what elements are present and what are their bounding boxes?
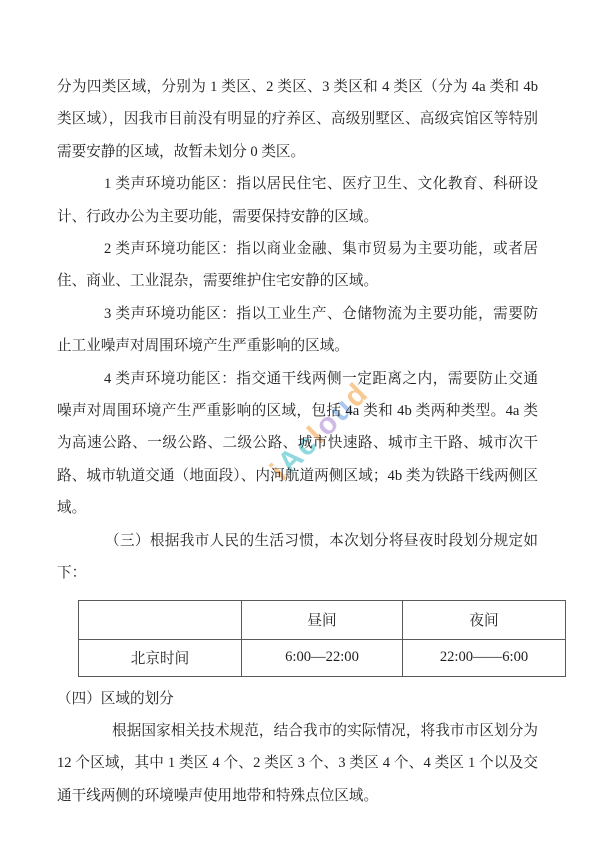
table-header-daytime: 昼间 [242,600,403,639]
paragraph-section-4-heading: （四）区域的划分 [57,683,538,715]
table-cell-beijing-time: 北京时间 [79,639,242,676]
paragraph-zone-overview: 分为四类区域，分别为 1 类区、2 类区、3 类区和 4 类区（分为 4a 类和… [57,71,538,168]
paragraph-section-3-day-night: （三）根据我市人民的生活习惯，本次划分将昼夜时段划分规定如下： [57,525,538,590]
table-header-nighttime: 夜间 [403,600,566,639]
document-page: i A c l o u d 分为四类区域，分别为 1 类区、2 类区、3 类区和… [0,0,595,841]
table-cell-day-range: 6:00—22:00 [242,639,403,676]
document-body: 分为四类区域，分别为 1 类区、2 类区、3 类区和 4 类区（分为 4a 类和… [57,71,538,812]
paragraph-zone-4: 4 类声环境功能区：指交通干线两侧一定距离之内，需要防止交通噪声对周围环境产生严… [57,363,538,525]
paragraph-region-division: 根据国家相关技术规范，结合我市的实际情况，将我市市区划分为 12 个区域，其中 … [57,715,538,812]
table-row: 北京时间 6:00—22:00 22:00——6:00 [79,639,566,676]
paragraph-zone-1: 1 类声环境功能区：指以居民住宅、医疗卫生、文化教育、科研设计、行政办公为主要功… [57,168,538,233]
table-header-empty-cell [79,600,242,639]
paragraph-zone-2: 2 类声环境功能区：指以商业金融、集市贸易为主要功能，或者居住、商业、工业混杂，… [57,233,538,298]
day-night-time-table: 昼间 夜间 北京时间 6:00—22:00 22:00——6:00 [78,600,566,677]
table-cell-night-range: 22:00——6:00 [403,639,566,676]
paragraph-zone-3: 3 类声环境功能区：指以工业生产、仓储物流为主要功能，需要防止工业噪声对周围环境… [57,298,538,363]
table-header-row: 昼间 夜间 [79,600,566,639]
